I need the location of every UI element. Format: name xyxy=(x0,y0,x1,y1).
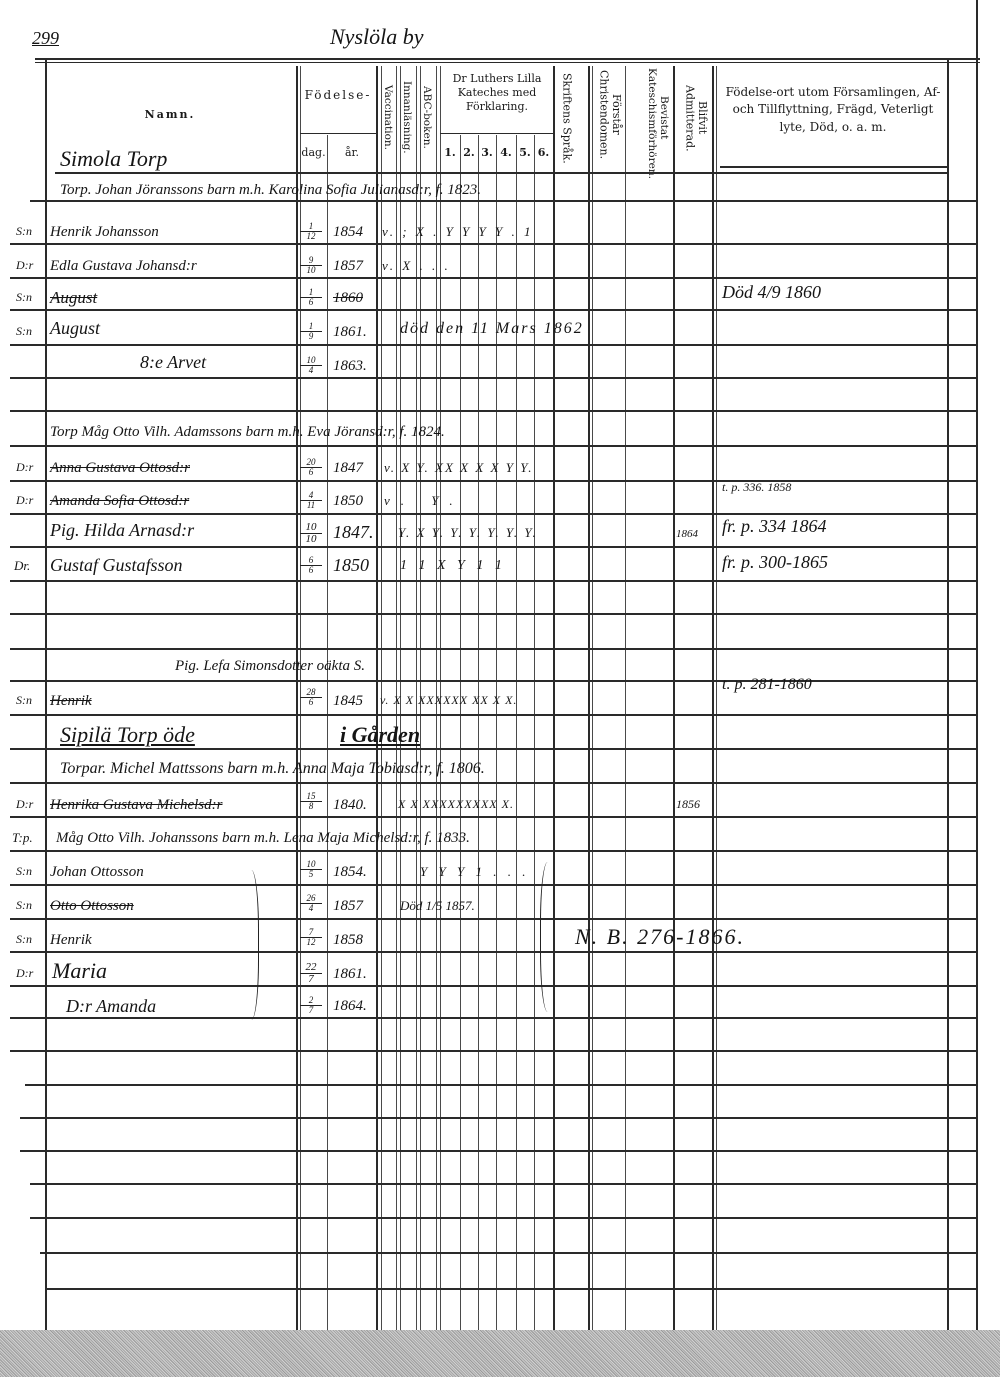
entry-day: 910 xyxy=(300,256,322,275)
entry-remark: Död 4/9 1860 xyxy=(722,282,821,303)
family-line: Torp Måg Otto Vilh. Adamssons barn m.h. … xyxy=(50,424,445,441)
section-heading: Simola Torp xyxy=(60,146,167,172)
entry-day: 411 xyxy=(300,491,322,510)
header-forstar: Förstår Christendomen. xyxy=(594,62,622,167)
entry-prefix: D:r xyxy=(16,258,33,273)
entry-day: 105 xyxy=(300,860,322,879)
header-skriftens: Skriftens Språk. xyxy=(560,68,573,168)
entry-year: 1857 xyxy=(333,898,363,915)
entry-remark: fr. p. 300-1865 xyxy=(722,552,828,573)
entry-name: Otto Ottosson xyxy=(50,898,134,915)
luther-col-2: 2. xyxy=(460,146,478,160)
entry-day: 66 xyxy=(300,556,322,575)
header-ar: år. xyxy=(328,146,376,160)
header-fodelse: Födelse- xyxy=(300,88,376,103)
entry-year: 1854. xyxy=(333,864,367,881)
entry-marks: v. Y. xyxy=(384,493,465,509)
entry-prefix: D:r xyxy=(16,460,33,475)
entry-year: 1854 xyxy=(333,224,363,241)
entry-name: Amanda Sofia Ottosd:r xyxy=(50,493,189,510)
entry-day: 286 xyxy=(300,688,322,707)
header-namn: Namn. xyxy=(100,108,240,122)
luther-col-3: 3. xyxy=(478,146,496,160)
entry-day: 158 xyxy=(300,792,322,811)
entry-prefix: S:n xyxy=(16,324,32,339)
entry-marks: X X XXXXXXXXX X. xyxy=(398,797,514,812)
entry-name: Henrika Gustava Michelsd:r xyxy=(50,797,222,814)
entry-admitted: 1864 xyxy=(676,528,698,540)
entry-year: 1840. xyxy=(333,797,367,814)
entry-marks: Y. X Y. Y. Y. Y. Y. Y. xyxy=(398,525,538,541)
entry-prefix: S:n xyxy=(16,864,32,879)
entry-day: 264 xyxy=(300,894,322,913)
entry-name: Henrik xyxy=(50,693,92,710)
entry-marks: v. X X XXXXXX XX X X. xyxy=(380,693,517,708)
entry-day: 712 xyxy=(300,928,322,947)
luther-divider xyxy=(440,133,553,134)
entry-day: 19 xyxy=(300,322,322,341)
entry-day: 27 xyxy=(300,996,322,1015)
entry-name: Anna Gustava Ottosd:r xyxy=(50,460,190,477)
entry-day: 206 xyxy=(300,458,322,477)
entry-remark: fr. p. 334 1864 xyxy=(722,516,827,537)
top-rule-inner xyxy=(35,62,980,63)
family-line: Måg Otto Vilh. Johanssons barn m.h. Lena… xyxy=(56,830,470,847)
header-vaccination: Vaccination. xyxy=(382,70,394,165)
entry-year: 1863. xyxy=(333,358,367,375)
header-innanlasning: Innanläsning. xyxy=(401,70,413,165)
entry-year: 1857 xyxy=(333,258,363,275)
luther-col-6: 6. xyxy=(534,146,553,160)
entry-name: 8:e Arvet xyxy=(140,352,206,373)
entry-year: 1864. xyxy=(333,998,367,1015)
entry-day: 16 xyxy=(300,288,322,307)
section-annotation: i Gården xyxy=(340,722,420,748)
entry-name: August xyxy=(50,318,100,339)
entry-prefix: D:r xyxy=(16,966,33,981)
entry-year: 1847. xyxy=(333,522,374,543)
entry-day: 104 xyxy=(300,356,322,375)
fodelse-divider xyxy=(300,133,376,134)
entry-remark: t. p. 281-1860 xyxy=(722,676,812,694)
entry-year: 1861. xyxy=(333,966,367,983)
entry-year: 1847 xyxy=(333,460,363,477)
section-heading: Sipilä Torp öde xyxy=(60,722,195,748)
entry-prefix: D:r xyxy=(16,493,33,508)
scan-edge-noise xyxy=(0,1330,1000,1377)
entry-name: Johan Ottosson xyxy=(50,864,144,881)
family-line: Torp. Johan Jöranssons barn m.h. Karolin… xyxy=(60,182,481,199)
entry-death-note: Död 1/5 1857. xyxy=(400,898,475,914)
top-rule xyxy=(35,58,980,60)
entry-prefix: S:n xyxy=(16,290,32,305)
luther-col-4: 4. xyxy=(496,146,516,160)
entry-prefix: D:r xyxy=(16,797,33,812)
header-abc: ABC-boken. xyxy=(421,70,433,165)
entry-prefix: S:n xyxy=(16,224,32,239)
header-admitterad: Blifvit Admitterad. xyxy=(678,68,708,168)
entry-name: Edla Gustava Johansd:r xyxy=(50,258,197,275)
entry-prefix: S:n xyxy=(16,693,32,708)
luther-col-1: 1. xyxy=(440,146,460,160)
entry-day: 1010 xyxy=(300,522,322,545)
entry-day: 112 xyxy=(300,222,322,241)
entry-name: Gustaf Gustafsson xyxy=(50,555,183,576)
brace-mark xyxy=(540,862,559,1012)
entry-name: D:r Amanda xyxy=(66,996,156,1017)
group-note: N. B. 276-1866. xyxy=(575,924,745,950)
header-bevistat: Bevistat Kateschismförhören. xyxy=(630,68,670,168)
header-remarks: Födelse-ort utom Församlingen, Af- och T… xyxy=(722,84,944,136)
village-title: Nyslöla by xyxy=(330,24,424,50)
entry-year: 1860 xyxy=(333,290,363,307)
entry-prefix: T:p. xyxy=(12,830,33,846)
entry-year: 1858 xyxy=(333,932,363,949)
header-dag: dag. xyxy=(300,146,327,160)
entry-admitted: 1856 xyxy=(676,797,700,812)
family-line: Pig. Lefa Simonsdotter oäkta S. xyxy=(175,658,365,675)
entry-marks: 1 1 X Y 1 1 xyxy=(400,558,506,574)
entry-year: 1845 xyxy=(333,693,363,710)
entry-marks: Y Y Y 1 . . . xyxy=(420,864,529,880)
entry-year: 1850 xyxy=(333,555,369,576)
family-line: Torpar. Michel Mattssons barn m.h. Anna … xyxy=(60,760,485,778)
entry-prefix: S:n xyxy=(16,932,32,947)
header-luther: Dr Luthers Lilla Kateches med Förklaring… xyxy=(442,72,552,113)
entry-year: 1861. xyxy=(333,324,367,341)
page-number: 299 xyxy=(32,28,59,49)
entry-marks: v. ; X . Y Y Y Y . 1 xyxy=(382,224,534,240)
entry-name: Pig. Hilda Arnasd:r xyxy=(50,520,194,541)
entry-prefix: S:n xyxy=(16,898,32,913)
entry-name: Henrik Johansson xyxy=(50,224,159,241)
entry-day: 227 xyxy=(300,962,322,985)
entry-year: 1850 xyxy=(333,493,363,510)
entry-remark: t. p. 336. 1858 xyxy=(722,480,791,495)
entry-marks: v. X Y. XX X X X Y Y. xyxy=(384,460,534,476)
entry-name: August xyxy=(50,288,97,308)
entry-marks: v. X . . . xyxy=(382,258,451,274)
luther-col-5: 5. xyxy=(516,146,534,160)
entry-name: Henrik xyxy=(50,932,92,949)
entry-prefix: Dr. xyxy=(14,558,30,574)
entry-death-note: död den 11 Mars 1862 xyxy=(400,320,584,338)
entry-name: Maria xyxy=(52,958,107,984)
bracket-mark xyxy=(240,870,259,1020)
